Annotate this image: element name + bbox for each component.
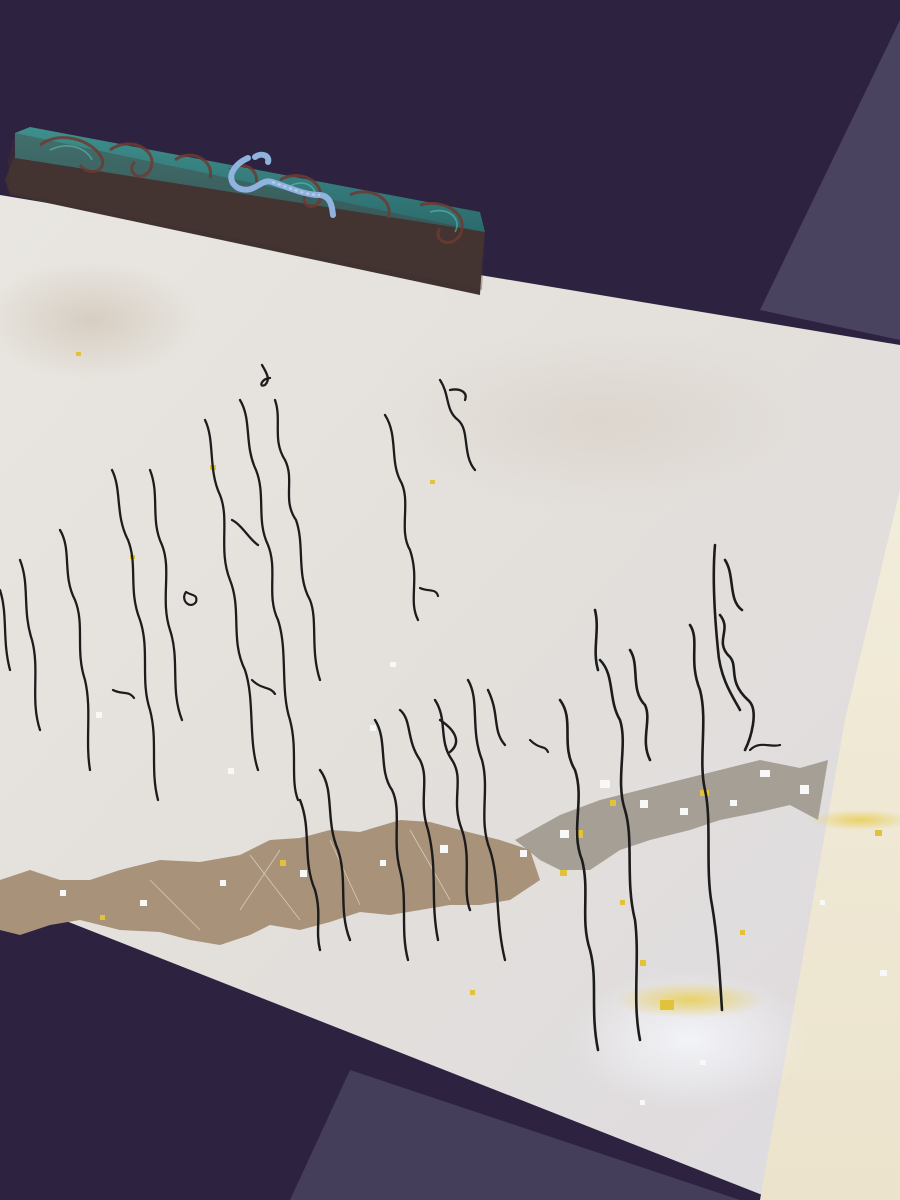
bronze-paperweight <box>0 0 900 1200</box>
